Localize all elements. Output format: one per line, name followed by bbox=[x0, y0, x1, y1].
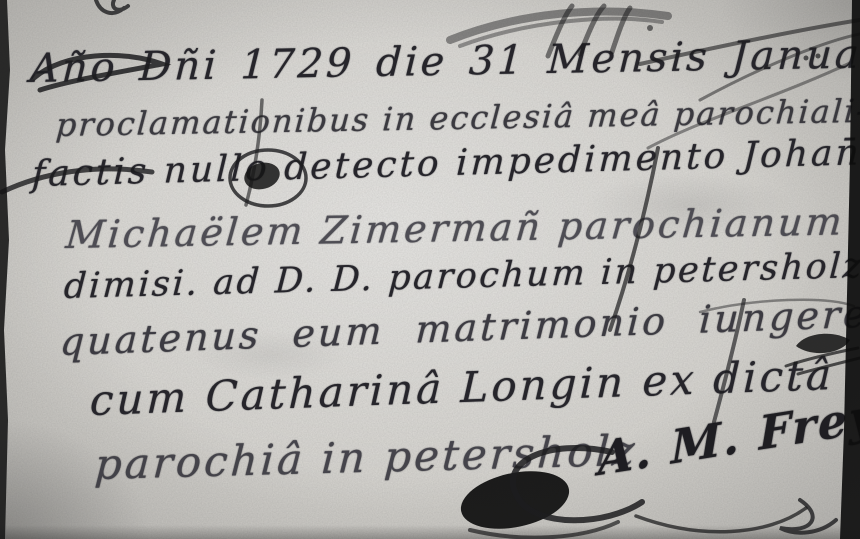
film-edge-left bbox=[0, 0, 20, 539]
signature-underline bbox=[636, 508, 806, 532]
top-left-cut-glyph bbox=[96, 0, 128, 13]
signature-zigzag bbox=[780, 500, 836, 533]
manuscript-line-8: parochiâ in petersholz bbox=[93, 426, 638, 489]
blot-tail-swash bbox=[470, 522, 618, 538]
top-signature-dot bbox=[647, 25, 653, 31]
manuscript-line-1: Año Dñi 1729 die 31 Mensis Januarij bbox=[29, 31, 860, 92]
manuscript-line-4: Michaëlem Zimermañ parochianum meum bbox=[64, 197, 860, 257]
manuscript-photo: Año Dñi 1729 die 31 Mensis Januarij proc… bbox=[0, 0, 860, 539]
